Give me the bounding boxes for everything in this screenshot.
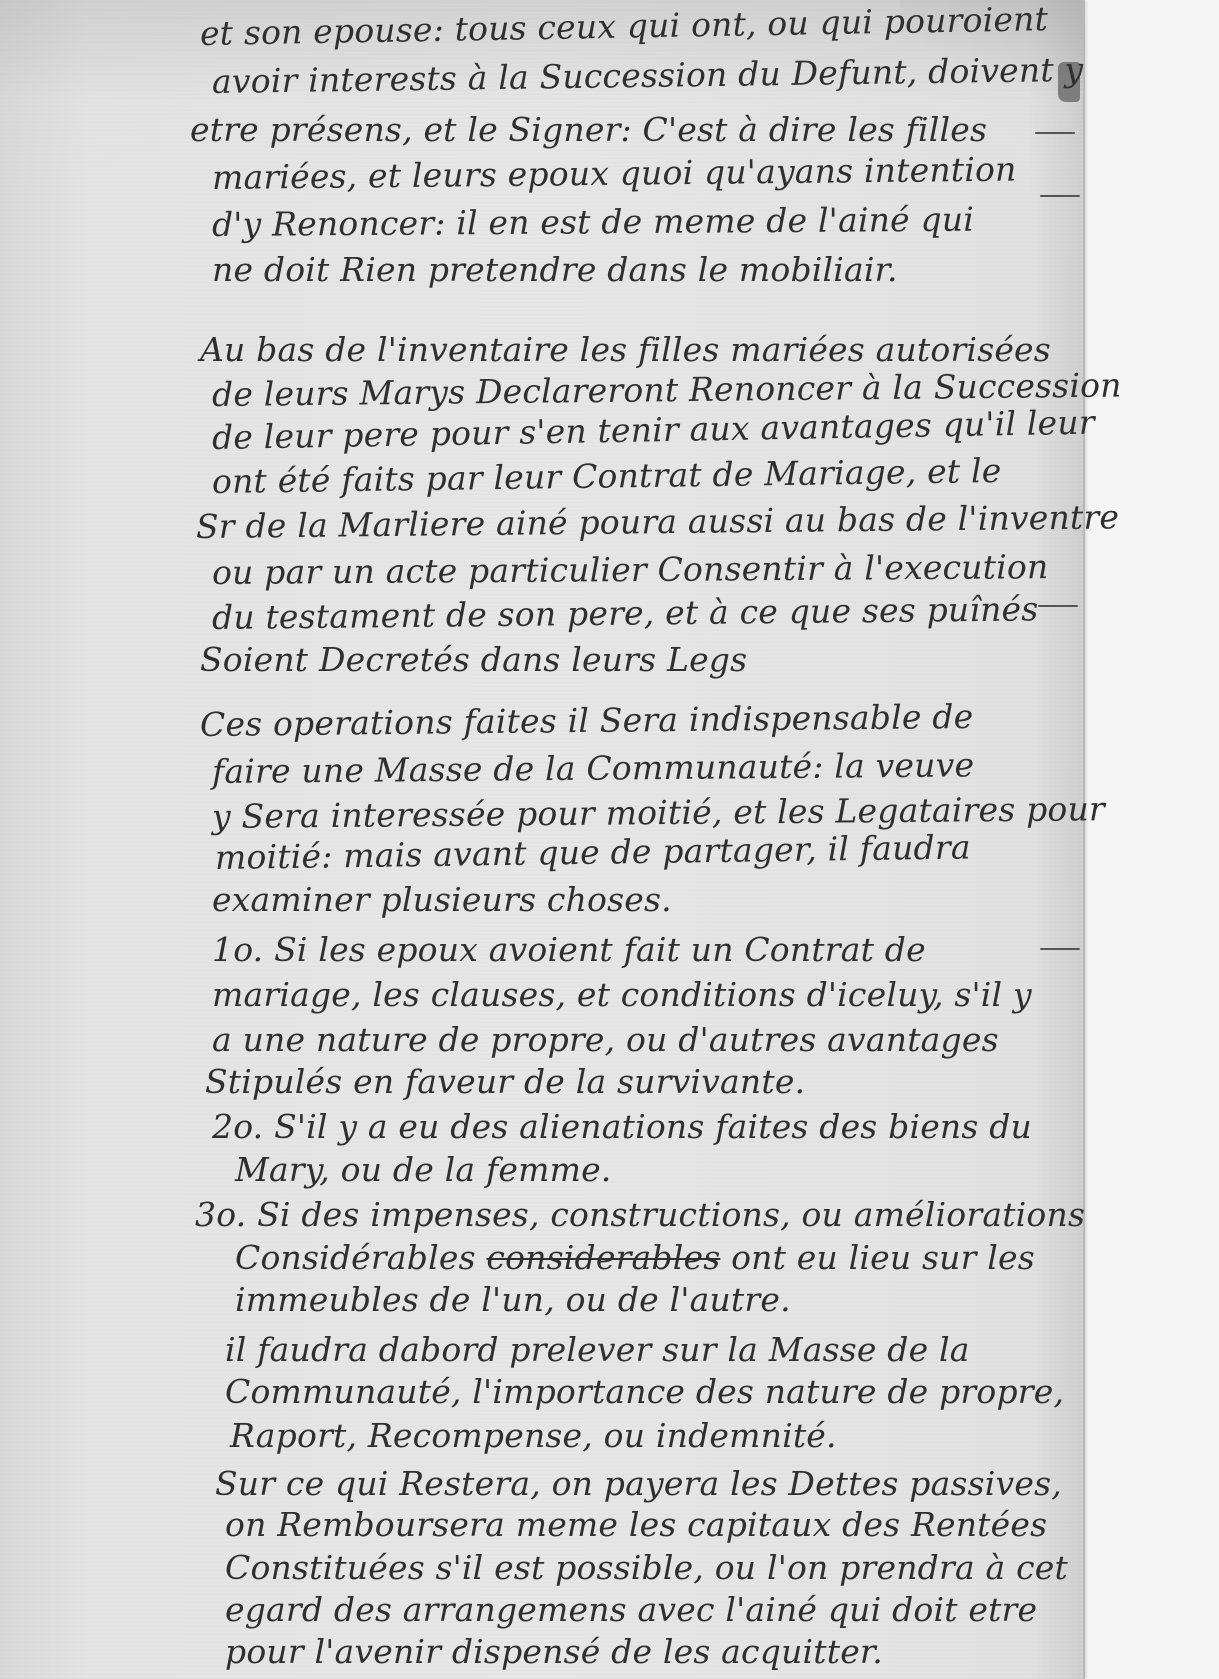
line-text: Considérables xyxy=(235,1238,476,1277)
manuscript-line: ou par un acte particulier Consentir à l… xyxy=(212,547,1049,592)
manuscript-line: examiner plusieurs choses. xyxy=(212,880,672,919)
manuscript-line: Soient Decretés dans leurs Legs xyxy=(200,640,747,679)
manuscript-line: Communauté, l'importance des nature de p… xyxy=(225,1372,1064,1411)
manuscript-line: pour l'avenir dispensé de les acquitter. xyxy=(225,1632,883,1671)
manuscript-page: et son epouse: tous ceux qui ont, ou qui… xyxy=(0,0,1085,1679)
manuscript-line: Sr de la Marliere ainé poura aussi au ba… xyxy=(196,497,1119,546)
manuscript-line: Sur ce qui Restera, on payera les Dettes… xyxy=(215,1464,1062,1503)
manuscript-line: ont été faits par leur Contrat de Mariag… xyxy=(212,451,1002,501)
manuscript-line: y Sera interessée pour moitié, et les Le… xyxy=(212,789,1105,836)
manuscript-line: Stipulés en faveur de la survivante. xyxy=(205,1062,805,1101)
manuscript-line: Mary, ou de la femme. xyxy=(235,1150,612,1189)
line-text: ont eu lieu sur les xyxy=(731,1238,1035,1277)
manuscript-line: Au bas de l'inventaire les filles mariée… xyxy=(200,330,1051,369)
manuscript-line: du testament de son pere, et à ce que se… xyxy=(212,589,1039,637)
manuscript-line: egard des arrangemens avec l'ainé qui do… xyxy=(225,1590,1037,1629)
manuscript-line: il faudra dabord prelever sur la Masse d… xyxy=(225,1330,970,1369)
struck-out-word: considerables xyxy=(486,1238,720,1277)
manuscript-line: immeubles de l'un, ou de l'autre. xyxy=(235,1280,791,1319)
manuscript-line: Raport, Recompense, ou indemnité. xyxy=(230,1416,837,1455)
manuscript-line: Constituées s'il est possible, ou l'on p… xyxy=(225,1548,1068,1587)
manuscript-line: avoir interests à la Succession du Defun… xyxy=(212,50,1084,101)
manuscript-line: 3o. Si des impenses, constructions, ou a… xyxy=(195,1195,1085,1234)
manuscript-line: 2o. S'il y a eu des alienations faites d… xyxy=(212,1107,1032,1146)
manuscript-line: mariées, et leurs epoux quoi qu'ayans in… xyxy=(212,150,1017,197)
manuscript-line: 1o. Si les epoux avoient fait un Contrat… xyxy=(212,930,926,969)
scan-canvas: et son epouse: tous ceux qui ont, ou qui… xyxy=(0,0,1219,1679)
manuscript-line: ne doit Rien pretendre dans le mobiliair… xyxy=(212,250,898,289)
line-end-dash xyxy=(1038,605,1078,607)
line-end-dash xyxy=(1040,948,1080,950)
manuscript-line: faire une Masse de la Communauté: la veu… xyxy=(212,745,975,791)
manuscript-line: d'y Renoncer: il en est de meme de l'ain… xyxy=(212,200,974,244)
manuscript-line: on Remboursera meme les capitaux des Ren… xyxy=(225,1505,1047,1544)
manuscript-line: Ces operations faites il Sera indispensa… xyxy=(200,697,974,744)
manuscript-line: a une nature de propre, ou d'autres avan… xyxy=(212,1020,999,1059)
manuscript-line: Considérables considerables ont eu lieu … xyxy=(235,1238,1035,1277)
manuscript-line: etre présens, et le Signer: C'est à dire… xyxy=(190,110,987,149)
line-end-dash xyxy=(1035,132,1075,134)
line-end-dash xyxy=(1040,195,1080,197)
manuscript-line: mariage, les clauses, et conditions d'ic… xyxy=(212,975,1032,1014)
